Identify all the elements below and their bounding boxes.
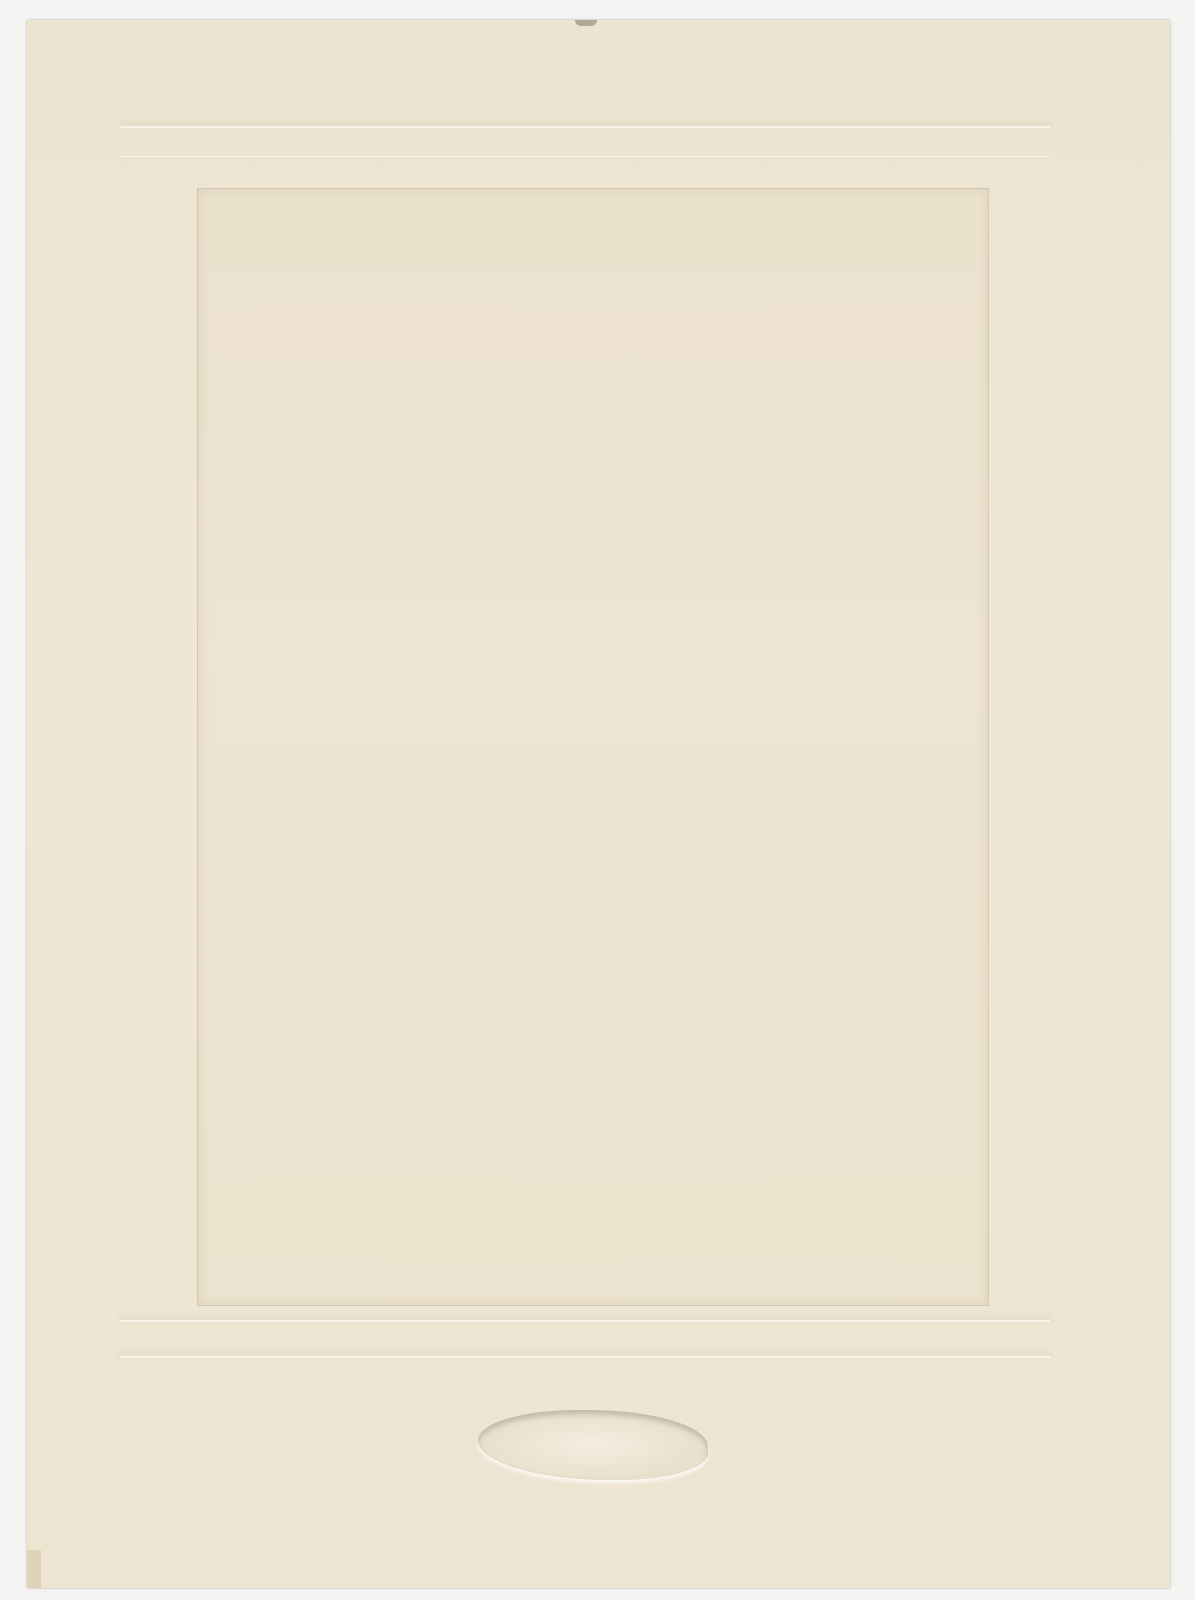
embossed-line-bottom	[120, 1356, 1050, 1358]
embossed-line-bottom-inner	[120, 1320, 1050, 1322]
top-edge-notch	[575, 20, 597, 26]
embossed-line-top-inner	[120, 156, 1050, 157]
recessed-panel	[197, 188, 989, 1306]
corner-wear	[27, 1550, 41, 1588]
embossed-line-top	[120, 126, 1050, 128]
